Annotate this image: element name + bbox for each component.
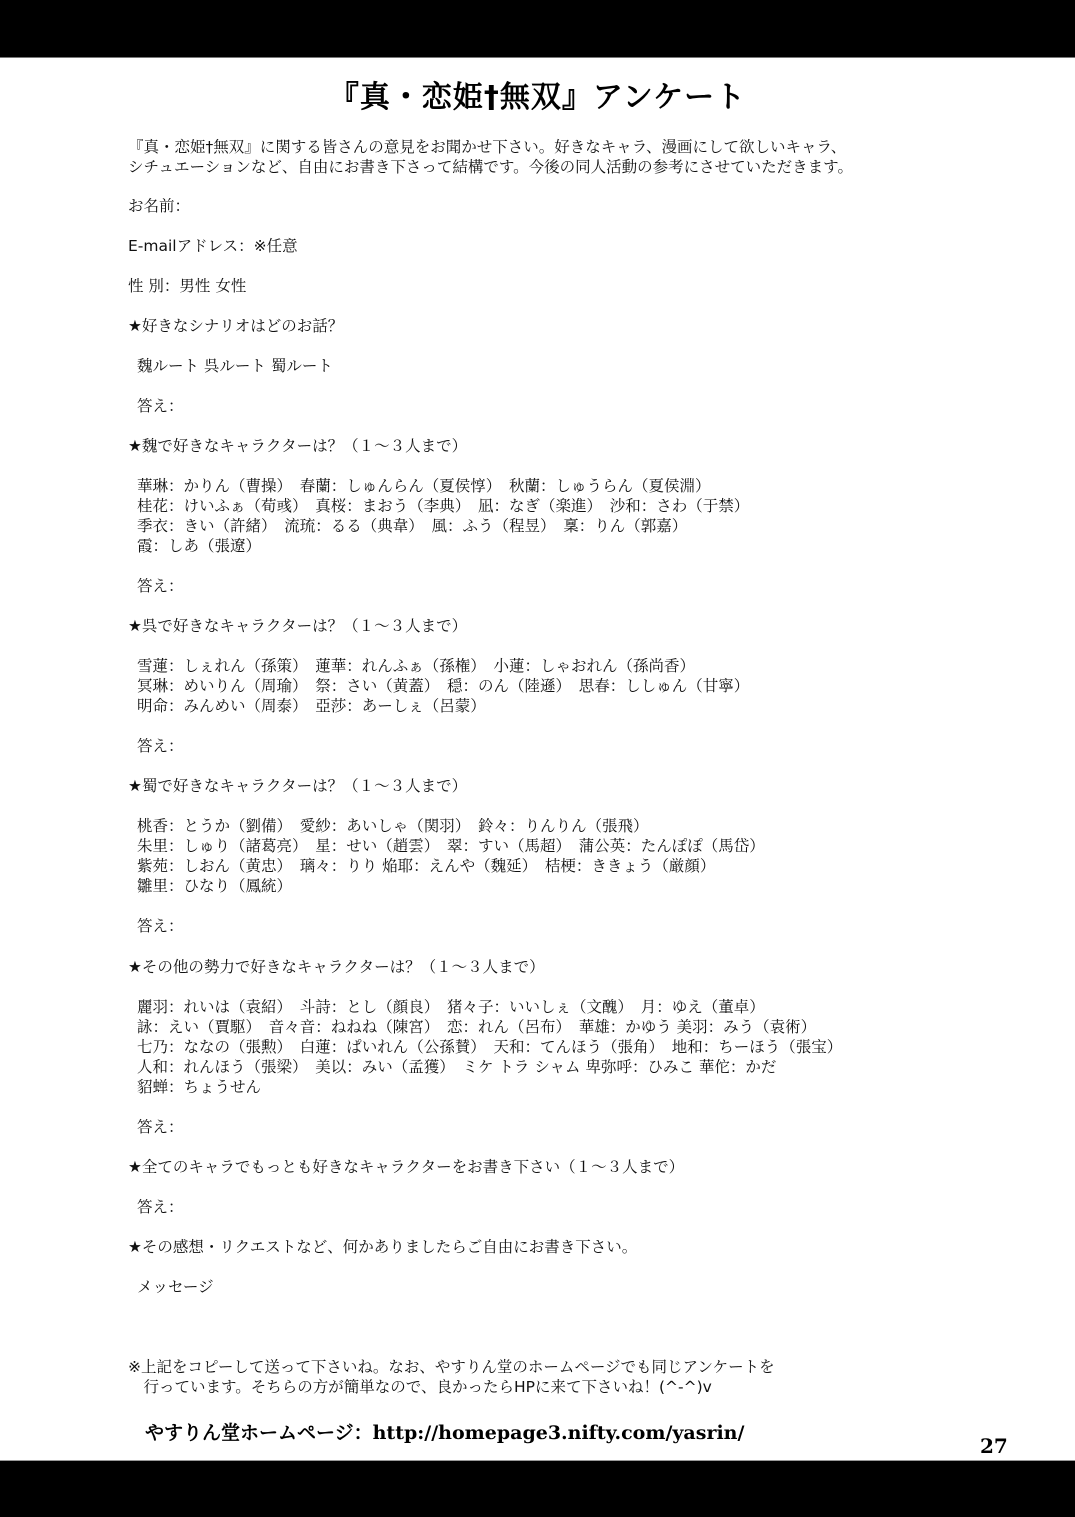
question-shu: ★蜀で好きなキャラクターは？（１～３人まで）	[128, 776, 467, 796]
message-label: メッセージ	[137, 1277, 214, 1297]
top-black-band	[0, 0, 1075, 58]
field-name: お名前：	[128, 196, 190, 216]
wei-row: 季衣：きい（許緒） 流琉：るる（典韋） 風：ふう（程昱） 稟：りん（郭嘉）	[137, 516, 687, 536]
other-row: 七乃：ななの（張勲） 白蓮：ぱいれん（公孫賛） 天和：てんほう（張角） 地和：ち…	[137, 1037, 842, 1057]
wu-row: 冥琳：めいりん（周瑜） 祭：さい（黄蓋） 穏：のん（陸遜） 思春：ししゅん（甘寧…	[137, 676, 749, 696]
intro-line-2: シチュエーションなど、自由にお書き下さって結構です。今後の同人活動の参考にさせて…	[128, 157, 853, 177]
other-row: 人和：れんほう（張梁） 美以：みい（孟獲） ミケ トラ シャム 卑弥呼：ひみこ …	[137, 1057, 776, 1077]
bottom-black-band	[0, 1460, 1075, 1517]
question-wei: ★魏で好きなキャラクターは？（１～３人まで）	[128, 436, 467, 456]
shu-row: 紫苑：しおん（黄忠） 璃々：りり 焔耶：えんや（魏延） 桔梗：ききょう（厳顔）	[137, 856, 715, 876]
wei-row: 桂花：けいふぁ（荀彧） 真桜：まおう（李典） 凪：なぎ（楽進） 沙和：さわ（于禁…	[137, 496, 749, 516]
note-line-1: ※上記をコピーして送って下さいね。なお、やすりん堂のホームページでも同じアンケー…	[128, 1357, 775, 1377]
question-other: ★その他の勢力で好きなキャラクターは？（１～３人まで）	[128, 957, 545, 977]
wu-row: 明命：みんめい（周泰） 亞莎：あーしぇ（呂蒙）	[137, 696, 486, 716]
shu-answer: 答え：	[137, 916, 184, 936]
other-row: 麗羽：れいは（袁紹） 斗詩：とし（顔良） 猪々子：いいしぇ（文醜） 月：ゆえ（董…	[137, 997, 765, 1017]
homepage-url: やすりん堂ホームページ：http://homepage3.nifty.com/y…	[145, 1418, 744, 1445]
other-row: 貂蝉：ちょうせん	[137, 1077, 261, 1097]
shu-row: 雛里：ひなり（鳳統）	[137, 876, 292, 896]
scenario-options: 魏ルート 呉ルート 蜀ルート	[137, 356, 333, 376]
field-gender: 性 別：男性 女性	[128, 276, 246, 296]
question-all: ★全てのキャラでもっとも好きなキャラクターをお書き下さい（１～３人まで）	[128, 1157, 684, 1177]
question-scenario: ★好きなシナリオはどのお話？	[128, 316, 343, 336]
page-number: 27	[980, 1434, 1008, 1458]
wei-answer: 答え：	[137, 576, 184, 596]
scenario-answer: 答え：	[137, 396, 184, 416]
intro-line-1: 『真・恋姫†無双』に関する皆さんの意見をお聞かせ下さい。好きなキャラ、漫画にして…	[128, 137, 846, 157]
other-answer: 答え：	[137, 1117, 184, 1137]
wu-row: 雪蓮：しぇれん（孫策） 蓮華：れんふぁ（孫権） 小蓮：しゃおれん（孫尚香）	[137, 656, 695, 676]
wu-answer: 答え：	[137, 736, 184, 756]
wei-row: 霞：しあ（張遼）	[137, 536, 261, 556]
shu-row: 朱里：しゅり（諸葛亮） 星：せい（趙雲） 翠：すい（馬超） 蒲公英：たんぽぽ（馬…	[137, 836, 765, 856]
question-wu: ★呉で好きなキャラクターは？（１～３人まで）	[128, 616, 467, 636]
other-row: 詠：えい（賈駆） 音々音：ねねね（陳宮） 恋：れん（呂布） 華雄：かゆう 美羽：…	[137, 1017, 816, 1037]
field-email: E-mailアドレス：※任意	[128, 236, 298, 256]
page-title: 『真・恋姫†無双』アンケート	[0, 72, 1075, 116]
all-answer: 答え：	[137, 1197, 184, 1217]
shu-row: 桃香：とうか（劉備） 愛紗：あいしゃ（関羽） 鈴々：りんりん（張飛）	[137, 816, 649, 836]
note-line-2: 行っています。そちらの方が簡単なので、良かったらHPに来て下さいね！(^-^)v	[128, 1377, 712, 1397]
wei-row: 華琳：かりん（曹操） 春蘭：しゅんらん（夏侯惇） 秋蘭：しゅうらん（夏侯淵）	[137, 476, 711, 496]
question-message: ★その感想・リクエストなど、何かありましたらご自由にお書き下さい。	[128, 1237, 637, 1257]
